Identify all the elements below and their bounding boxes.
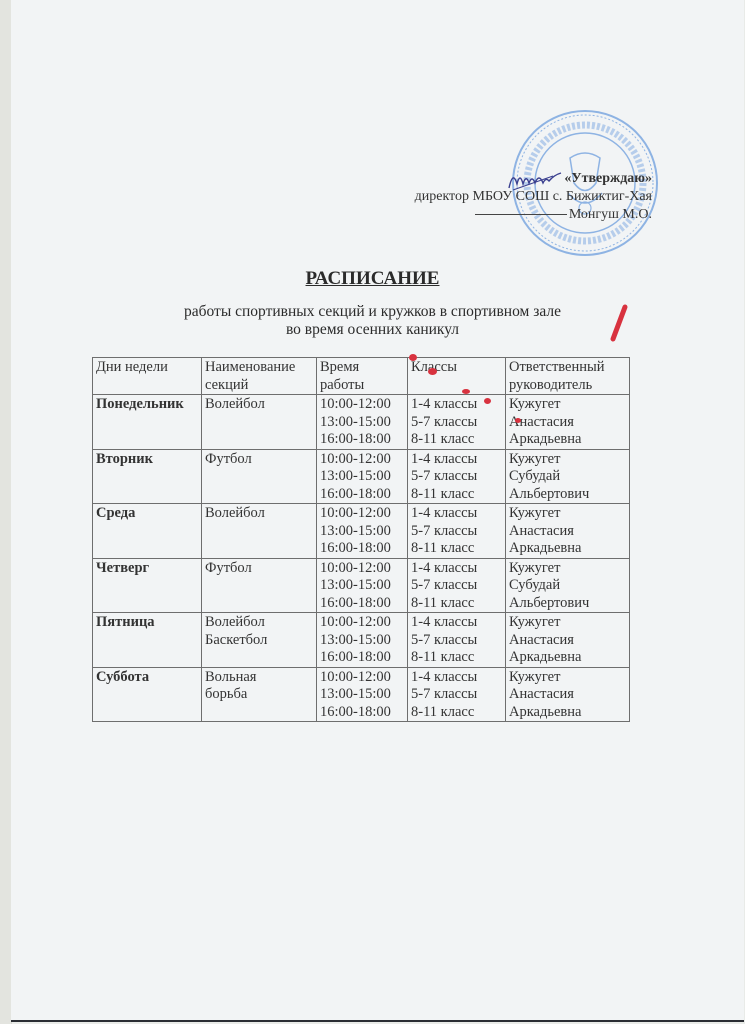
day-cell: Четверг <box>93 558 202 613</box>
subtitle-line-2: во время осенних каникул <box>0 321 745 339</box>
header-cell: Классы <box>408 358 506 395</box>
day-cell: Вторник <box>93 449 202 504</box>
header-cell: Ответственный руководитель <box>506 358 630 395</box>
day-cell: Пятница <box>93 613 202 668</box>
leader-cell: КужугетАнастасияАркадьевна <box>506 613 630 668</box>
time-cell: 10:00-12:0013:00-15:0016:00-18:00 <box>317 613 408 668</box>
leader-cell: КужугетСубудайАльбертович <box>506 558 630 613</box>
red-dot-mark <box>484 398 491 404</box>
table-row: СубботаВольнаяборьба10:00-12:0013:00-15:… <box>93 667 630 722</box>
classes-cell: 1-4 классы5-7 классы8-11 класс <box>408 449 506 504</box>
day-cell: Суббота <box>93 667 202 722</box>
page-title: РАСПИСАНИЕ <box>0 268 745 290</box>
section-cell: ВолейболБаскетбол <box>202 613 317 668</box>
classes-cell: 1-4 классы5-7 классы8-11 класс <box>408 613 506 668</box>
approval-name: Монгуш М.О. <box>569 207 652 222</box>
classes-cell: 1-4 классы5-7 классы8-11 класс <box>408 504 506 559</box>
red-pen-mark-icon <box>606 303 630 343</box>
header-cell: Наименование секций <box>202 358 317 395</box>
schedule-table: Дни недели Наименование секций Время раб… <box>92 357 630 722</box>
signature-icon <box>505 168 565 194</box>
subtitle-line-1: работы спортивных секций и кружков в спо… <box>0 303 745 321</box>
time-cell: 10:00-12:0013:00-15:0016:00-18:00 <box>317 504 408 559</box>
section-cell: Волейбол <box>202 504 317 559</box>
classes-cell: 1-4 классы5-7 классы8-11 класс <box>408 395 506 450</box>
signature-line <box>475 214 567 215</box>
section-cell: Вольнаяборьба <box>202 667 317 722</box>
table-row: ВторникФутбол10:00-12:0013:00-15:0016:00… <box>93 449 630 504</box>
leader-cell: КужугетАнастасияАркадьевна <box>506 667 630 722</box>
day-cell: Среда <box>93 504 202 559</box>
time-cell: 10:00-12:0013:00-15:0016:00-18:00 <box>317 449 408 504</box>
red-dot-mark <box>515 418 521 423</box>
page-subtitle: работы спортивных секций и кружков в спо… <box>0 303 745 339</box>
leader-cell: КужугетАнастасияАркадьевна <box>506 504 630 559</box>
red-dot-mark <box>409 354 417 361</box>
header-cell: Дни недели <box>93 358 202 395</box>
section-cell: Футбол <box>202 449 317 504</box>
leader-cell: КужугетАнастасияАркадьевна <box>506 395 630 450</box>
table-row: ПонедельникВолейбол10:00-12:0013:00-15:0… <box>93 395 630 450</box>
header-cell: Время работы <box>317 358 408 395</box>
time-cell: 10:00-12:0013:00-15:0016:00-18:00 <box>317 558 408 613</box>
leader-cell: КужугетСубудайАльбертович <box>506 449 630 504</box>
table-row: ЧетвергФутбол10:00-12:0013:00-15:0016:00… <box>93 558 630 613</box>
classes-cell: 1-4 классы5-7 классы8-11 класс <box>408 558 506 613</box>
time-cell: 10:00-12:0013:00-15:0016:00-18:00 <box>317 667 408 722</box>
section-cell: Футбол <box>202 558 317 613</box>
classes-cell: 1-4 классы5-7 классы8-11 класс <box>408 667 506 722</box>
table-row: ПятницаВолейболБаскетбол10:00-12:0013:00… <box>93 613 630 668</box>
table-header-row: Дни недели Наименование секций Время раб… <box>93 358 630 395</box>
table-row: СредаВолейбол10:00-12:0013:00-15:0016:00… <box>93 504 630 559</box>
day-cell: Понедельник <box>93 395 202 450</box>
section-cell: Волейбол <box>202 395 317 450</box>
red-dot-mark <box>462 389 470 394</box>
time-cell: 10:00-12:0013:00-15:0016:00-18:00 <box>317 395 408 450</box>
red-dot-mark <box>428 368 437 375</box>
